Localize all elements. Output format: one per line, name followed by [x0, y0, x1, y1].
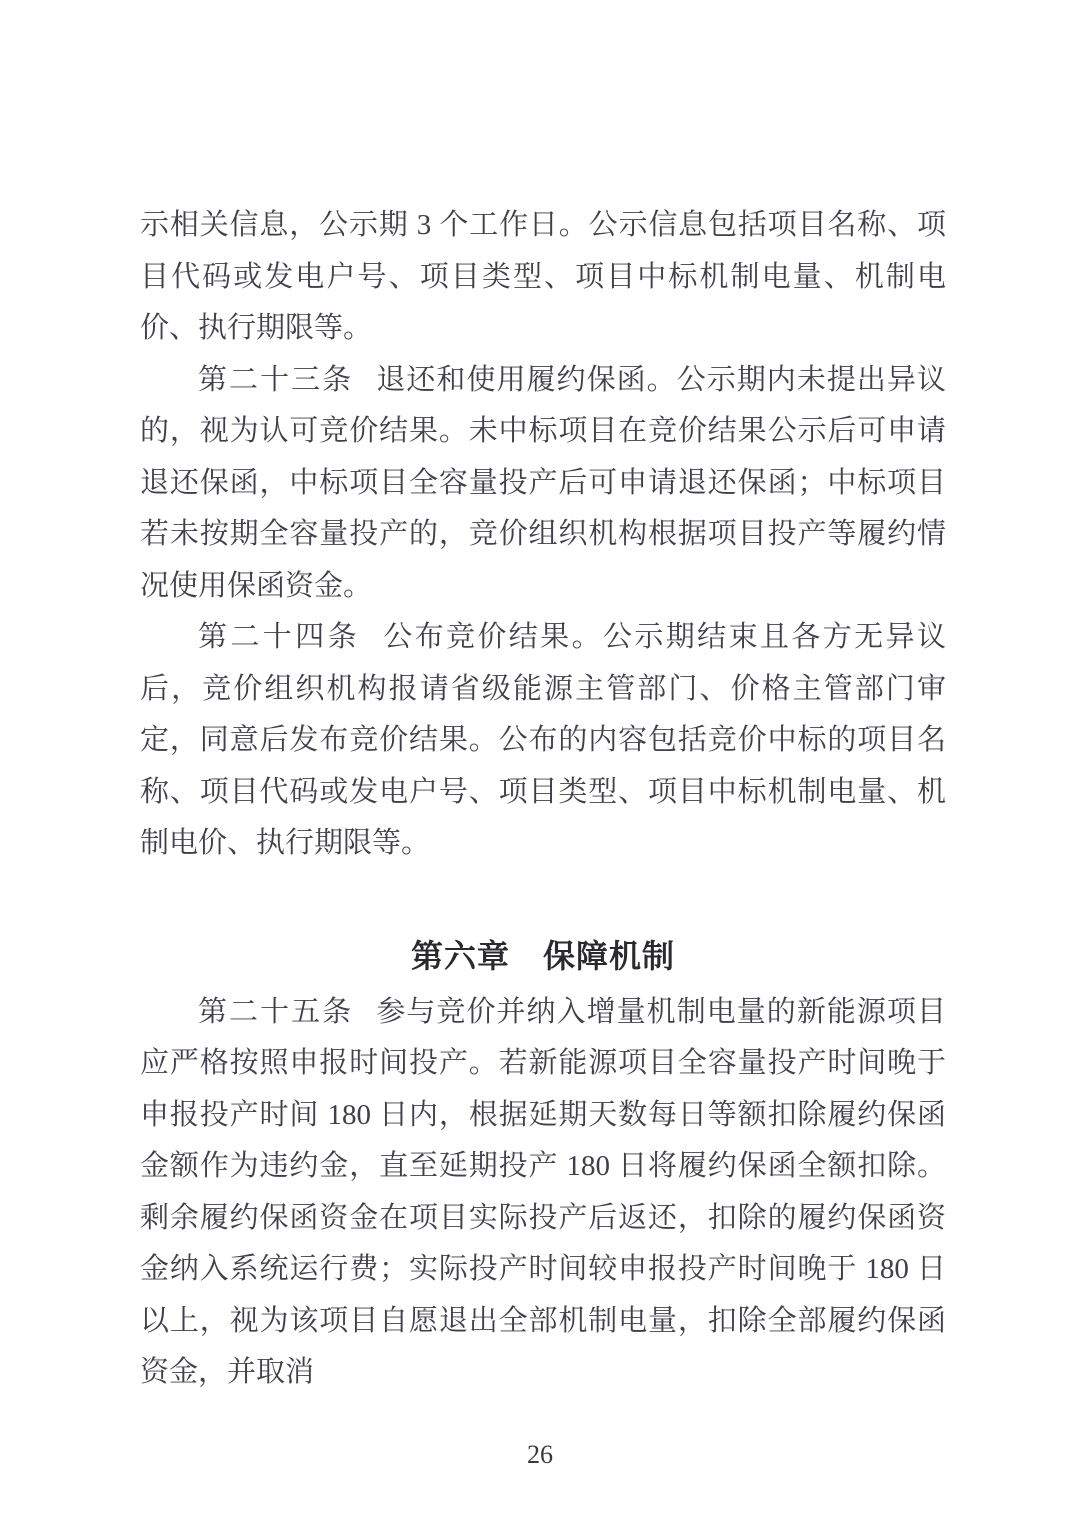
- page-number: 26: [0, 1440, 1080, 1470]
- article-24-number: 第二十四条: [198, 621, 360, 653]
- article-25-text: 参与竞价并纳入增量机制电量的新能源项目应严格按照申报时间投产。若新能源项目全容量…: [140, 996, 946, 1389]
- article-23-text: 退还和使用履约保函。公示期内未提出异议的，视为认可竞价结果。未中标项目在竞价结果…: [140, 364, 946, 602]
- paragraph-continuation: 示相关信息，公示期 3 个工作日。公示信息包括项目名称、项目代码或发电户号、项目…: [140, 200, 946, 355]
- article-24-text: 公布竞价结果。公示期结束且各方无异议后，竞价组织机构报请省级能源主管部门、价格主…: [140, 621, 946, 859]
- document-body: 示相关信息，公示期 3 个工作日。公示信息包括项目名称、项目代码或发电户号、项目…: [140, 200, 946, 1399]
- article-25-paragraph: 第二十五条参与竞价并纳入增量机制电量的新能源项目应严格按照申报时间投产。若新能源…: [140, 987, 946, 1399]
- article-24-paragraph: 第二十四条公布竞价结果。公示期结束且各方无异议后，竞价组织机构报请省级能源主管部…: [140, 612, 946, 870]
- article-23-paragraph: 第二十三条退还和使用履约保函。公示期内未提出异议的，视为认可竞价结果。未中标项目…: [140, 355, 946, 613]
- chapter-heading: 第六章 保障机制: [140, 934, 946, 978]
- document-page: 示相关信息，公示期 3 个工作日。公示信息包括项目名称、项目代码或发电户号、项目…: [0, 0, 1080, 1527]
- article-23-number: 第二十三条: [198, 364, 353, 396]
- article-25-number: 第二十五条: [198, 996, 353, 1028]
